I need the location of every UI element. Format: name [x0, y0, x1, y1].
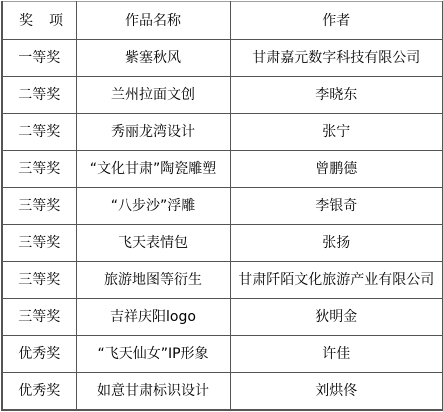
awards-table: 奖项 作品名称 作者 一等奖 紫塞秋风 甘肃嘉元数字科技有限公司 二等奖 兰州拉… — [1, 1, 443, 411]
awards-table-container: 奖项 作品名称 作者 一等奖 紫塞秋风 甘肃嘉元数字科技有限公司 二等奖 兰州拉… — [1, 1, 443, 411]
cell-work-name: 飞天表情包 — [76, 225, 230, 262]
cell-work-name: 紫塞秋风 — [76, 40, 230, 77]
cell-author: 许佳 — [230, 336, 443, 373]
cell-work-name: 吉祥庆阳logo — [76, 299, 230, 336]
table-row: 优秀奖 “飞天仙女”IP形象 许佳 — [2, 336, 443, 373]
table-header-row: 奖项 作品名称 作者 — [2, 2, 443, 40]
cell-author: 甘肃阡陌文化旅游产业有限公司 — [230, 262, 443, 299]
cell-work-name: 旅游地图等衍生 — [76, 262, 230, 299]
table-row: 三等奖 飞天表情包 张扬 — [2, 225, 443, 262]
cell-author: 李银奇 — [230, 188, 443, 225]
table-row: 三等奖 “八步沙”浮雕 李银奇 — [2, 188, 443, 225]
header-award-label: 奖项 — [3, 13, 76, 29]
cell-author: 甘肃嘉元数字科技有限公司 — [230, 40, 443, 77]
table-row: 二等奖 兰州拉面文创 李晓东 — [2, 77, 443, 114]
cell-work-name: 秀丽龙湾设计 — [76, 114, 230, 151]
table-row: 优秀奖 如意甘肃标识设计 刘烘佟 — [2, 373, 443, 411]
table-row: 三等奖 “文化甘肃”陶瓷雕塑 曾鹏德 — [2, 151, 443, 188]
cell-award: 一等奖 — [2, 40, 76, 77]
cell-award: 三等奖 — [2, 225, 76, 262]
cell-work-name: 兰州拉面文创 — [76, 77, 230, 114]
cell-work-name: “飞天仙女”IP形象 — [76, 336, 230, 373]
cell-award: 三等奖 — [2, 151, 76, 188]
cell-award: 三等奖 — [2, 262, 76, 299]
cell-award: 优秀奖 — [2, 336, 76, 373]
cell-award: 优秀奖 — [2, 373, 76, 411]
cell-work-name: “八步沙”浮雕 — [76, 188, 230, 225]
cell-work-name: “文化甘肃”陶瓷雕塑 — [76, 151, 230, 188]
table-row: 一等奖 紫塞秋风 甘肃嘉元数字科技有限公司 — [2, 40, 443, 77]
cell-author: 李晓东 — [230, 77, 443, 114]
header-author: 作者 — [230, 2, 443, 40]
cell-author: 狄明金 — [230, 299, 443, 336]
table-row: 三等奖 吉祥庆阳logo 狄明金 — [2, 299, 443, 336]
cell-author: 曾鹏德 — [230, 151, 443, 188]
cell-award: 三等奖 — [2, 299, 76, 336]
cell-author: 张扬 — [230, 225, 443, 262]
cell-work-name: 如意甘肃标识设计 — [76, 373, 230, 411]
header-award: 奖项 — [2, 2, 76, 40]
cell-author: 张宁 — [230, 114, 443, 151]
cell-award: 二等奖 — [2, 77, 76, 114]
cell-award: 三等奖 — [2, 188, 76, 225]
header-work-name: 作品名称 — [76, 2, 230, 40]
table-row: 三等奖 旅游地图等衍生 甘肃阡陌文化旅游产业有限公司 — [2, 262, 443, 299]
cell-award: 二等奖 — [2, 114, 76, 151]
cell-author: 刘烘佟 — [230, 373, 443, 411]
table-row: 二等奖 秀丽龙湾设计 张宁 — [2, 114, 443, 151]
